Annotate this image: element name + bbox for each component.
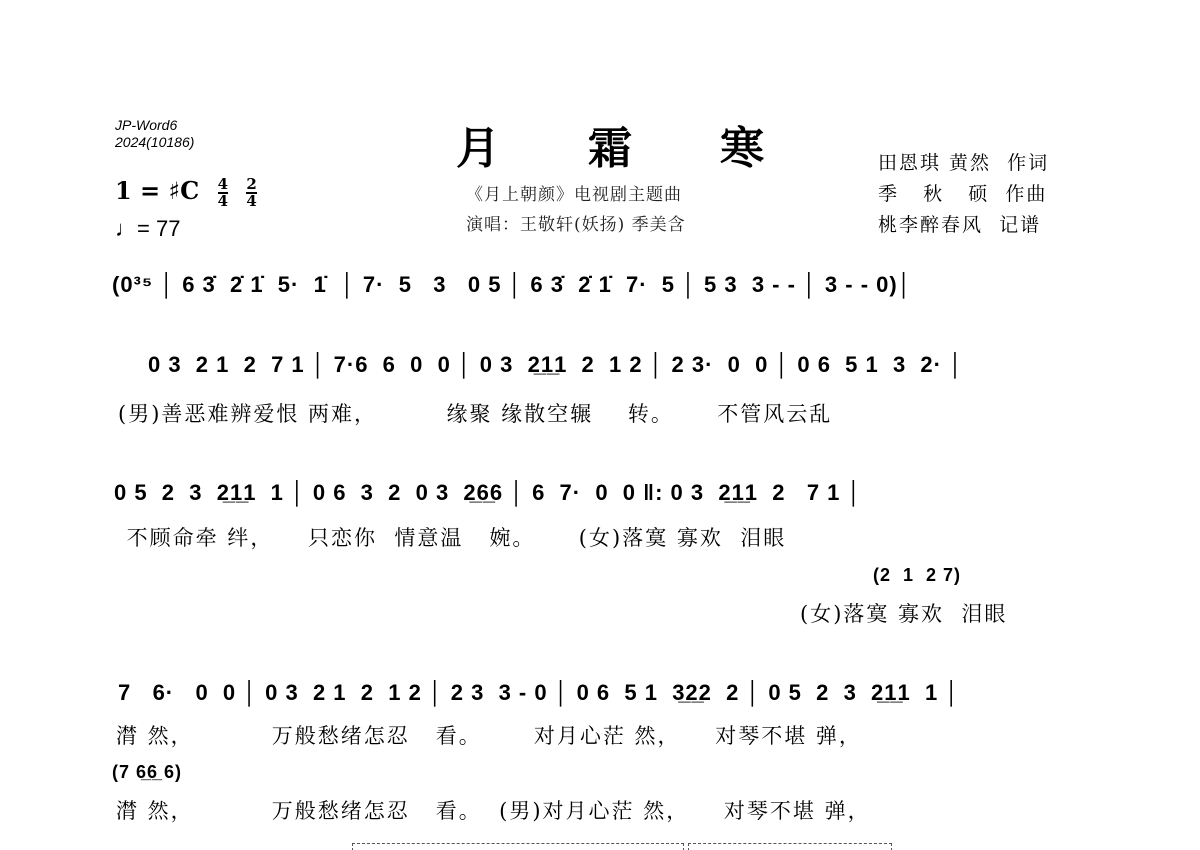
transcriber-credit: 桃李醉春风 记谱 [878, 210, 1049, 237]
song-subtitle: 《月上朝颜》电视剧主题曲 [466, 180, 682, 205]
alt-lyrics-row-4: 潸 然， 万般愁绪怎忍 看。 (男)对月心茫 然， 对琴不堪 弹， [116, 795, 871, 825]
tempo-marking: ♩= 77 [115, 216, 180, 242]
staff-row-1-notation: (0³⁵ │ 6 3̇ 2̇ 1̇ 5· 1̇ │ 7· 5 3 0 5 │ 6… [112, 272, 912, 298]
time-signature-4-4: 4 4 [218, 177, 228, 209]
software-version: JP-Word6 2024(10186) [115, 117, 194, 151]
composer-credit: 季 秋 硕 作曲 [878, 179, 1049, 206]
staff-row-3-notation: 0 5 2 3 2̲1̲1 1 │ 0 6 3 2 0 3 2̲6̲6 │ 6 … [114, 480, 862, 506]
credits: 田恩琪 黄然 作词 季 秋 硕 作曲 桃李醉春风 记谱 [878, 148, 1049, 237]
staff-row-4-notation: 7 6· 0 0 │ 0 3 2 1 2 1 2 │ 2 3 3 - 0 │ 0… [118, 680, 960, 706]
section-bracket-2 [688, 843, 892, 850]
software-build: 2024(10186) [115, 134, 194, 151]
software-name: JP-Word6 [115, 117, 194, 134]
key-signature-line: 1 = ♯C 4 4 2 4 [115, 176, 257, 209]
alt-lyrics-row-3: (女)落寞 寡欢 泪眼 [800, 598, 1007, 628]
singers: 演唱：王敬轩(妖扬) 季美含 [466, 210, 686, 235]
staff-row-2-notation: 0 3 2 1 2 7 1 │ 7·6 6 0 0 │ 0 3 2̲1̲1 2 … [148, 352, 964, 378]
key-signature: 1 = ♯C [115, 176, 199, 205]
lyricist-credit: 田恩琪 黄然 作词 [878, 148, 1049, 175]
section-bracket-1 [352, 843, 684, 850]
time-signature-2-4: 2 4 [246, 177, 256, 209]
alt-notation-row-3: (2 1 2 7) [873, 565, 961, 586]
song-title: 月 霜 寒 [456, 112, 764, 176]
lyrics-row-3: 不顾命牵 绊， 只恋你 情意温 婉。 (女)落寞 寡欢 泪眼 [118, 522, 786, 552]
lyrics-row-2: (男)善恶难辨爱恨 两难， 缘聚 缘散空辗 转。 不管风云乱 [118, 398, 832, 428]
lyrics-row-4: 潸 然， 万般愁绪怎忍 看。 对月心茫 然， 对琴不堪 弹， [116, 720, 862, 750]
alt-notation-row-4: (7 6̲6̲ 6) [112, 762, 182, 783]
